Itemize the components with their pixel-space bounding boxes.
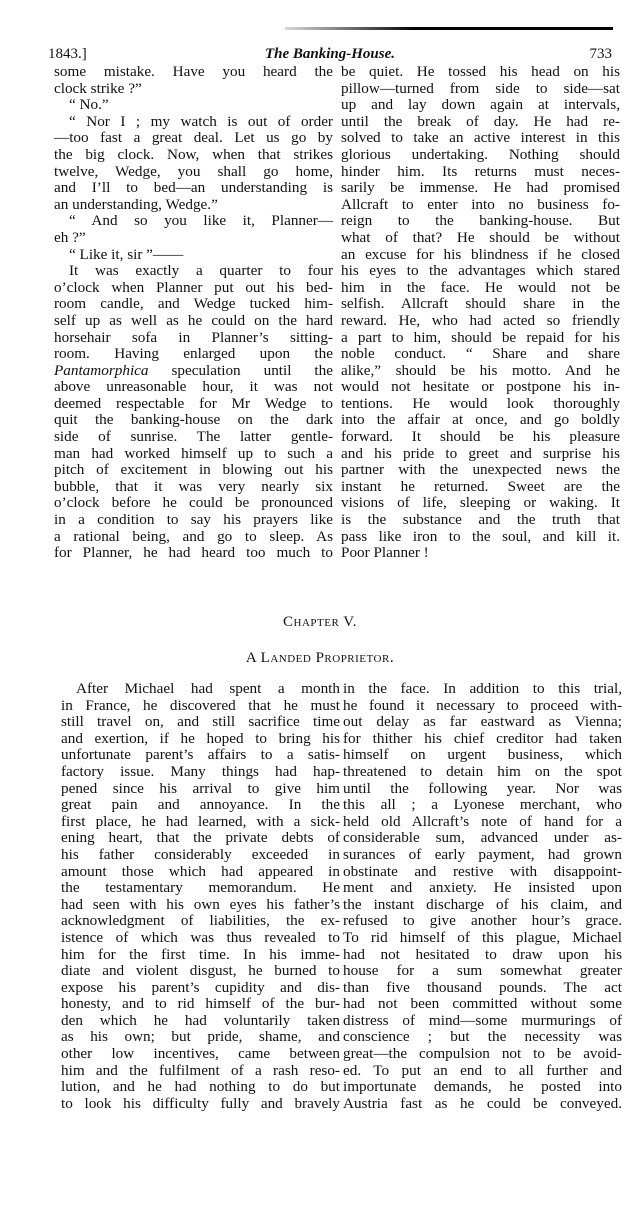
text-line: he found it necessary to proceed with- [343,698,622,715]
text-line: It was exactly a quarter to four [54,263,333,280]
text-line: distress of mind—some murmurings of [343,1013,622,1030]
text-line: lution, and he had nothing to do but [61,1079,340,1096]
text-line: him for the first time. In his imme- [61,947,340,964]
text-line: as his own; but pride, shame, and [61,1029,340,1046]
text-line: some mistake. Have you heard the [54,64,333,81]
text-line: ening heart, that the private debts of [61,830,340,847]
text-line: factory issue. Many things had hap- [61,764,340,781]
text-line: house for a sum somewhat greater [343,963,622,980]
text-line: into the affair at once, and go boldly [341,412,620,429]
text-line: be quiet. He tossed his head on his [341,64,620,81]
text-line: forward. It should be his pleasure [341,429,620,446]
chapter-title: A Landed Proprietor. [0,650,640,667]
text-line: Pantamorphica speculation until the [54,363,333,380]
top-scan-rule [285,27,613,30]
text-line: reign to the banking-house. But [341,213,620,230]
text-line: Austria fast as he could be conveyed. [343,1096,622,1113]
text-line: great pain and annoyance. In the [61,797,340,814]
text-line: o’clock when Planner put out his bed- [54,280,333,297]
text-line: the testamentary memorandum. He [61,880,340,897]
text-line: room candle, and Wedge tucked him- [54,296,333,313]
text-line: above unreasonable hour, it was not [54,379,333,396]
text-line: the big clock. Now, when that strikes [54,147,333,164]
text-line: in the face. In addition to this trial, [343,681,622,698]
text-line: surances of early payment, had grown [343,847,622,864]
text-line: deemed respectable for Mr Wedge to [54,396,333,413]
text-line: his eyes to the advantages which stared [341,263,620,280]
column-bottom-right: in the face. In addition to this trial,h… [343,681,622,1112]
text-line: den which he had voluntarily taken [61,1013,340,1030]
text-line: refused to give another hour’s grace. [343,913,622,930]
text-line: man had worked himself up to such a [54,446,333,463]
text-line: other low incentives, came between [61,1046,340,1063]
text-line: obstinate and restive with disappoint- [343,864,622,881]
text-line: threatened to detain him on the spot [343,764,622,781]
text-line: importunate demands, he posted into [343,1079,622,1096]
text-line: pitch of excitement in blowing out his [54,462,333,479]
text-line: twelve, Wedge, you shall go home, [54,164,333,181]
text-line: first place, he had learned, with a sick… [61,814,340,831]
text-line: glorious undertaking. Nothing should [341,147,620,164]
text-line: him and the fulfilment of a rash reso- [61,1063,340,1080]
text-line: and exertion, if he hoped to bring his [61,731,340,748]
page-number: 733 [590,46,613,63]
text-line: to look his difficulty fully and bravely [61,1096,340,1113]
text-line: great—the compulsion not to be avoid- [343,1046,622,1063]
column-top-left: some mistake. Have you heard theclock st… [54,64,333,562]
text-line: instant he returned. Sweet are the [341,479,620,496]
text-line: himself on urgent business, which [343,747,622,764]
text-line: unfortunate parent’s affairs to a satis- [61,747,340,764]
text-line: hinder him. Its returns must neces- [341,164,620,181]
text-line: clock strike ?” [54,81,333,98]
text-line: solved to take an active interest in thi… [341,130,620,147]
text-line: After Michael had spent a month [61,681,340,698]
text-line: istence of which was thus revealed to [61,930,340,947]
text-line: until the break of day. He had re- [341,114,620,131]
text-line: side of sunrise. The latter gentle- [54,429,333,446]
text-line: conscience ; but the necessity was [343,1029,622,1046]
text-line: out delay as far eastward as Vienna; [343,714,622,731]
text-line: a part to him, should be repaid for his [341,330,620,347]
text-line: had not hesitated to draw upon his [343,947,622,964]
column-bottom-left: After Michael had spent a monthin France… [61,681,340,1112]
text-line: and his pride to greet and surprise his [341,446,620,463]
text-line: honesty, and to rid himself of the bur- [61,996,340,1013]
text-line: sarily be immense. He had promised [341,180,620,197]
text-line: for thither his chief creditor had taken [343,731,622,748]
text-line: pass like iron to the soul, and kill it. [341,529,620,546]
text-line: what of that? He should be without [341,230,620,247]
text-line: an understanding, Wedge.” [54,197,333,214]
text-line: bubble, that it was very nearly six [54,479,333,496]
text-line: ed. To put an end to all further and [343,1063,622,1080]
text-line: his father considerably exceeded in [61,847,340,864]
text-line: this all ; a Lyonese merchant, who [343,797,622,814]
text-line: pillow—turned from side to side—sat [341,81,620,98]
text-line: in a condition to say his prayers like [54,512,333,529]
text-line: horsehair sofa in Planner’s sitting- [54,330,333,347]
text-line: diate and violent disgust, he burned to [61,963,340,980]
text-line: room. Having enlarged upon the [54,346,333,363]
text-line: up and lay down again at intervals, [341,97,620,114]
text-line: pened since his arrival to give him [61,781,340,798]
text-line: noble conduct. “ Share and share [341,346,620,363]
text-line: reward. He, who had acted so friendly [341,313,620,330]
text-line: amount those which had appeared in [61,864,340,881]
text-line: “ No.” [54,97,333,114]
text-line: tentions. He would look thoroughly [341,396,620,413]
text-line: “ And so you like it, Planner— [54,213,333,230]
text-line: Poor Planner ! [341,545,620,562]
text-line: expose his parent’s cupidity and dis- [61,980,340,997]
text-line: —too fast a great deal. Let us go by [54,130,333,147]
text-line: is the substance and the truth that [341,512,620,529]
text-line: had seen with his own eyes his father’s [61,897,340,914]
text-line: in France, he discovered that he must [61,698,340,715]
text-line: would not hesitate or postpone his in- [341,379,620,396]
text-line: considerable sum, advanced under as- [343,830,622,847]
text-line: for Planner, he had heard too much to [54,545,333,562]
text-line: the instant discharge of his claim, and [343,897,622,914]
text-line: Allcraft to enter into no business fo- [341,197,620,214]
text-line: o’clock before he could be pronounced [54,495,333,512]
text-line: visions of life, sleeping or waking. It [341,495,620,512]
header-title: The Banking-House. [48,46,612,63]
text-line: “ Like it, sir ”—— [54,247,333,264]
text-line: had not been committed without some [343,996,622,1013]
text-line: than five thousand pounds. The act [343,980,622,997]
text-line: until the following year. Nor was [343,781,622,798]
text-line: him in the face. He would not be [341,280,620,297]
text-line: self up as well as he could on the hard [54,313,333,330]
text-line: eh ?” [54,230,333,247]
text-line: To rid himself of this plague, Michael [343,930,622,947]
text-line: “ Nor I ; my watch is out of order [54,114,333,131]
text-line: an excuse for his blindness if he closed [341,247,620,264]
text-line: acknowledgment of liabilities, the ex- [61,913,340,930]
text-line: still travel on, and still sacrifice tim… [61,714,340,731]
chapter-number: Chapter V. [0,614,640,631]
text-line: ment and anxiety. He insisted upon [343,880,622,897]
text-line: and I’ll to bed—an understanding is [54,180,333,197]
text-line: partner with the unexpected news the [341,462,620,479]
text-line: alike,” should be his motto. And he [341,363,620,380]
text-line: a rational being, and go to sleep. As [54,529,333,546]
text-line: held old Allcraft’s note of hand for a [343,814,622,831]
column-top-right: be quiet. He tossed his head on hispillo… [341,64,620,562]
text-line: quit the banking-house on the dark [54,412,333,429]
text-line: selfish. Allcraft should share in the [341,296,620,313]
